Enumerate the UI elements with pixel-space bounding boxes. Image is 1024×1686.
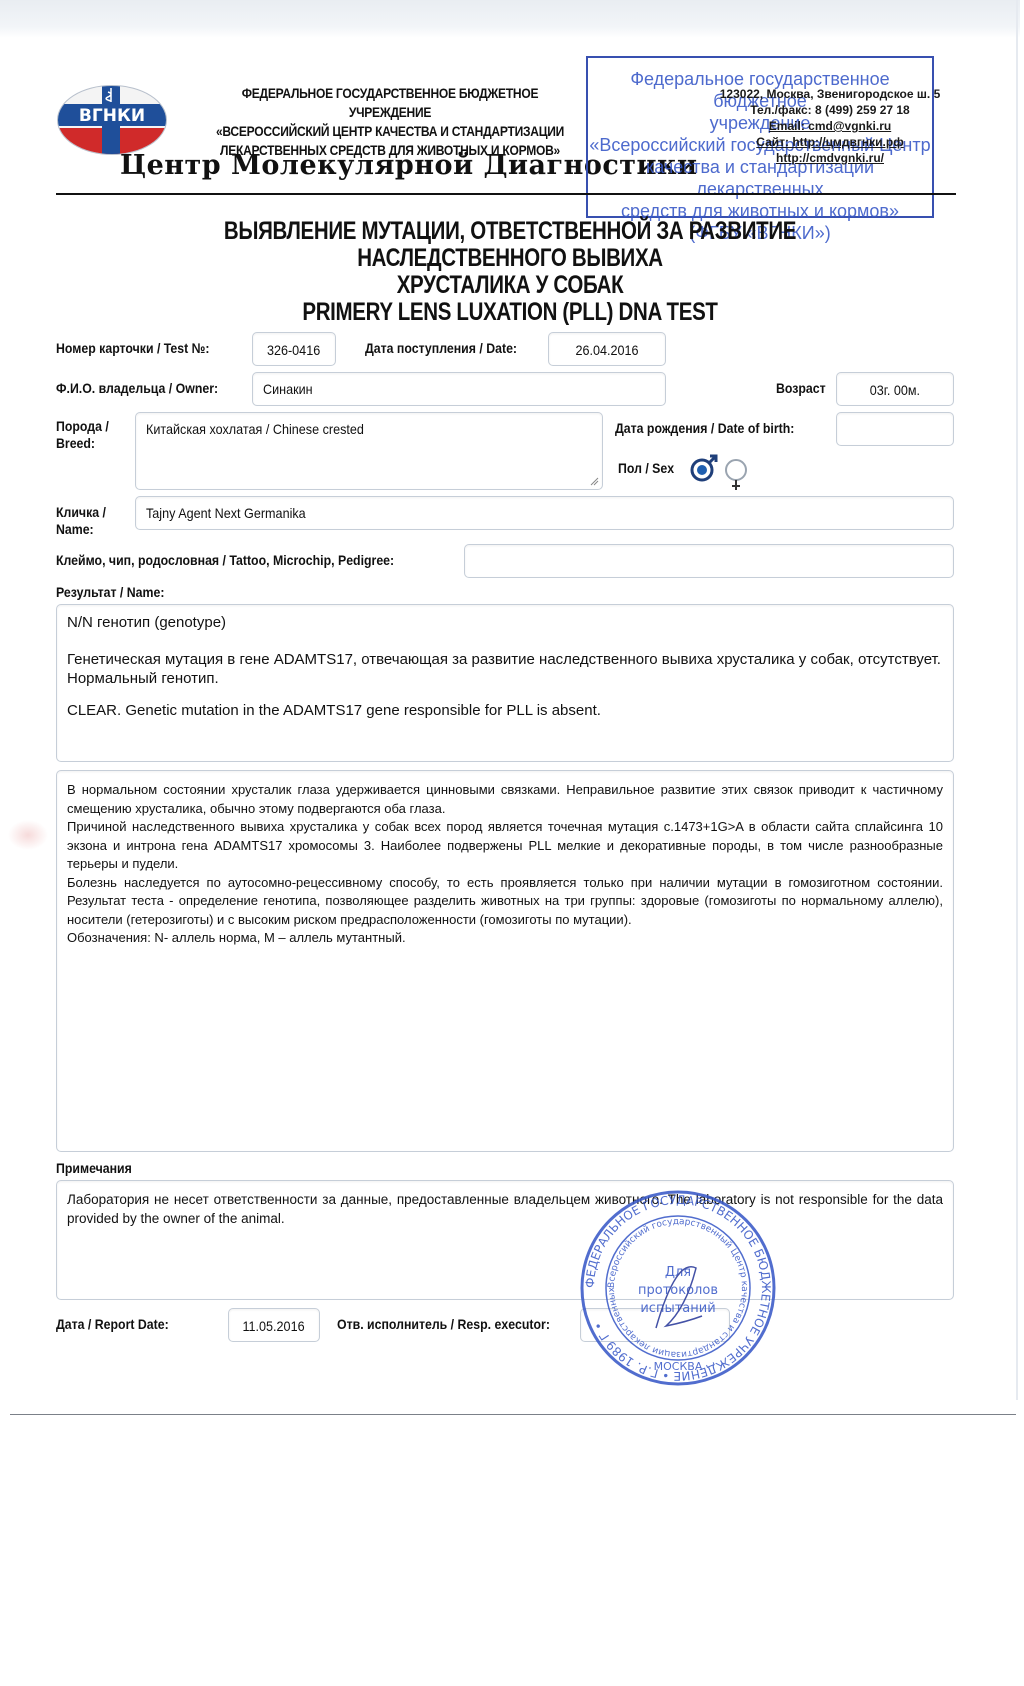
male-radio-icon xyxy=(692,456,716,480)
address: 123022, Москва, Звенигородское ш. 5 xyxy=(715,86,945,102)
age-label: Возраст xyxy=(776,380,826,397)
owner-label: Ф.И.О. владельца / Owner: xyxy=(56,380,218,397)
notes-text: Лаборатория не несет ответственности за … xyxy=(67,1191,943,1228)
date-received-label: Дата поступления / Date: xyxy=(365,340,517,357)
contact-info: 123022, Москва, Звенигородское ш. 5 Тел.… xyxy=(715,86,945,166)
document-title: ВЫЯВЛЕНИЕ МУТАЦИИ, ОТВЕТСТВЕННОЙ ЗА РАЗВ… xyxy=(125,218,896,326)
svg-text:протоколов: протоколов xyxy=(638,1283,718,1298)
result-text-en: CLEAR. Genetic mutation in the ADAMTS17 … xyxy=(67,701,943,720)
test-number-field[interactable]: 326-0416 xyxy=(252,332,336,366)
org-line: ФЕДЕРАЛЬНОЕ ГОСУДАРСТВЕННОЕ БЮДЖЕТНОЕ УЧ… xyxy=(209,84,570,122)
pet-name-label: Кличка /Name: xyxy=(56,504,106,538)
executor-label: Отв. исполнитель / Resp. executor: xyxy=(337,1316,550,1333)
result-text-ru: Генетическая мутация в гене ADAMTS17, от… xyxy=(67,650,943,688)
age-field[interactable]: 03г. 00м. xyxy=(836,372,954,406)
report-date-label: Дата / Report Date: xyxy=(56,1316,169,1333)
description-paragraph: Обозначения: N- аллель норма, M – аллель… xyxy=(67,929,943,948)
scan-artifact-band xyxy=(0,0,1020,38)
genotype-text: N/N генотип (genotype) xyxy=(67,613,943,632)
description-box[interactable]: В нормальном состоянии хрусталик глаза у… xyxy=(56,770,954,1152)
report-date-field[interactable]: 11.05.2016 xyxy=(228,1308,320,1342)
result-box[interactable]: N/N генотип (genotype) Генетическая мута… xyxy=(56,604,954,762)
website-link[interactable]: Сайт: http://цмдвгнки.рф xyxy=(715,134,945,150)
date-of-birth-field[interactable] xyxy=(836,412,954,446)
description-paragraph: Болезнь наследуется по аутосомно-рецесси… xyxy=(67,874,943,930)
sex-selector[interactable] xyxy=(688,454,752,494)
vgnki-logo: ВГНКИ xyxy=(56,84,168,156)
header-divider xyxy=(56,193,956,195)
description-paragraph: В нормальном состоянии хрусталик глаза у… xyxy=(67,781,943,818)
female-radio-icon xyxy=(726,460,746,490)
owner-field[interactable]: Синакин xyxy=(252,372,666,406)
date-received-field[interactable]: 26.04.2016 xyxy=(548,332,666,366)
title-line-2: ХРУСТАЛИКА У СОБАК xyxy=(125,272,896,299)
scan-edge xyxy=(1016,0,1018,1400)
result-label: Результат / Name: xyxy=(56,584,164,601)
date-of-birth-label: Дата рождения / Date of birth: xyxy=(615,420,794,437)
tattoo-label: Клеймо, чип, родословная / Tattoo, Micro… xyxy=(56,552,394,569)
breed-textarea[interactable]: Китайская хохлатая / Chinese crested xyxy=(135,412,603,490)
notes-label: Примечания xyxy=(56,1160,132,1177)
phone: Тел./факс: 8 (499) 259 27 18 xyxy=(715,102,945,118)
svg-text:ВГНКИ: ВГНКИ xyxy=(79,106,145,126)
title-line-3: PRIMERY LENS LUXATION (PLL) DNA TEST xyxy=(125,299,896,326)
round-seal-stamp: ФЕДЕРАЛЬНОЕ ГОСУДАРСТВЕННОЕ БЮДЖЕТНОЕ УЧ… xyxy=(578,1188,778,1388)
page-bottom-rule xyxy=(10,1414,1016,1415)
svg-text:МОСКВА: МОСКВА xyxy=(654,1360,703,1373)
scan-smudge xyxy=(8,820,48,850)
email-link[interactable]: Email: cmd@vgnki.ru xyxy=(715,118,945,134)
svg-text:испытаний: испытаний xyxy=(640,1301,715,1316)
pet-name-field[interactable]: Tajny Agent Next Germanika xyxy=(135,496,954,530)
organization-name: ФЕДЕРАЛЬНОЕ ГОСУДАРСТВЕННОЕ БЮДЖЕТНОЕ УЧ… xyxy=(209,84,570,160)
website-link-2[interactable]: http://cmdvgnki.ru/ xyxy=(715,150,945,166)
sex-label: Пол / Sex xyxy=(618,460,674,477)
tattoo-field[interactable] xyxy=(464,544,954,578)
test-number-label: Номер карточки / Test №: xyxy=(56,340,209,357)
title-line-1: ВЫЯВЛЕНИЕ МУТАЦИИ, ОТВЕТСТВЕННОЙ ЗА РАЗВ… xyxy=(125,218,896,272)
description-paragraph: Причиной наследственного вывиха хрустали… xyxy=(67,818,943,874)
org-line: «ВСЕРОССИЙСКИЙ ЦЕНТР КАЧЕСТВА И СТАНДАРТ… xyxy=(209,122,570,141)
resize-grip-icon[interactable] xyxy=(590,477,599,486)
notes-box[interactable]: Лаборатория не несет ответственности за … xyxy=(56,1180,954,1300)
breed-label: Порода /Breed: xyxy=(56,418,109,452)
